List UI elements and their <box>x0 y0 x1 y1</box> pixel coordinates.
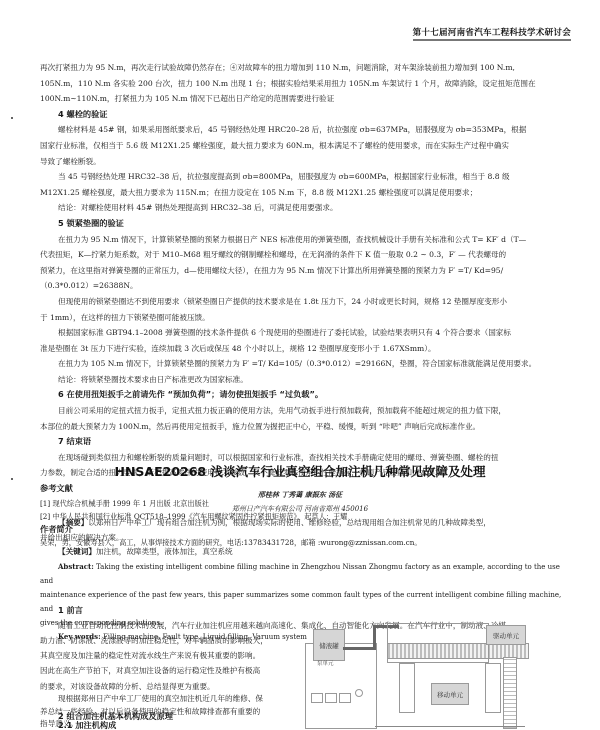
abstract-cn-line: 以郑州日产中牟工厂现有组合加注机为例，根据现场实际的使用、维修经验，总结现用组合… <box>88 518 490 527</box>
section2-sub-block: 2.1 加注机构成 <box>40 721 302 730</box>
text-line: 105N.m，110 N.m 各实验 200 台次，扭力 100 N.m 出现 … <box>40 76 572 92</box>
pump-icon <box>339 693 351 703</box>
filling-head-left <box>399 663 415 713</box>
sub-section-heading: 2.1 加注机构成 <box>40 721 302 730</box>
section-heading: 4 螺栓的验证 <box>40 107 572 123</box>
pump-label: 泵单元 <box>317 659 334 667</box>
drive-unit-label: 驱动单元 <box>493 631 519 640</box>
abstract-cn: 【摘要】以郑州日产中牟工厂现有组合加注机为例，根据现场实际的使用、维修经验，总结… <box>40 516 572 531</box>
conclusion-line: 结论：对螺栓使用材料 45# 钢热处理提高到 HRC32–38 后，可满足使用要… <box>40 200 572 216</box>
tank-box: 储液罐 <box>313 629 345 661</box>
article-affiliation: 郑州日产汽车有限公司 河南省郑州 450016 <box>0 504 600 514</box>
text-line: 现根据郑州日产中牟工厂使用的真空加注机近几年的维修、保 <box>40 693 302 706</box>
section-heading: 5 锁紧垫圈的验证 <box>40 216 572 232</box>
text-line: 的要求，对该设备故障的分析、总结显得更为重要。 <box>40 679 302 694</box>
abstract-en-line: Taking the existing intelligent combine … <box>40 563 560 585</box>
pump-icon <box>325 693 337 703</box>
floor-line <box>375 726 525 727</box>
text-line: 助力油、防冻液、洗涤液等的加注稳定性，对车辆品质的影响极大， <box>40 633 302 648</box>
document-page: 第十七届河南省汽车工程科技学术研讨会 再次打紧扭力为 95 N.m，再次走行试验… <box>0 0 600 730</box>
drive-unit-box: 驱动单元 <box>486 625 526 645</box>
text-line: 目前公司采用的定扭式扭力扳手，定扭式扭力扳正确的使用方法，先用气动扳手进行预加载… <box>40 403 572 419</box>
text-line: 导致了螺栓断裂。 <box>40 154 572 170</box>
margin-mark <box>11 117 13 119</box>
tank-label: 储液罐 <box>319 641 339 650</box>
abstract-cn-line: 并给出相应的解决方案。 <box>40 531 572 546</box>
pump-icon <box>311 693 323 703</box>
conclusion-line: 结论：将锁紧垫圈技术要求由日产标准更改为国家标准。 <box>40 372 572 388</box>
text-line: 根据国家标准 GBT94.1–2008 弹簧垫圈的技术条件提供 6 个现使用的垫… <box>40 325 572 341</box>
filling-head-right <box>485 663 501 713</box>
pipe-line <box>343 647 376 650</box>
gauge-icon <box>355 689 363 697</box>
pipe-line <box>373 625 376 650</box>
text-line: 于 1mm），在这样的扭力下锁紧垫圈可能被压馈。 <box>40 310 572 326</box>
running-header: 第十七届河南省汽车工程科技学术研讨会 <box>413 26 571 41</box>
text-line: 100N.m~110N.m，打紧扭力为 105 N.m 情况下已超出日产给定的范… <box>40 91 572 107</box>
keywords-cn: 【关键词】加注机，故障类型，液体加注，真空系统 <box>40 545 572 560</box>
article-title: HNSAE20268 浅谈汽车行业真空组合加注机几种常见故障及处理 <box>0 462 600 480</box>
keywords-cn-text: 加注机，故障类型，液体加注，真空系统 <box>96 547 233 556</box>
keywords-cn-label: 【关键词】 <box>58 547 96 556</box>
ladder <box>503 657 517 729</box>
section-heading: 1 前言 <box>40 603 572 618</box>
text-line: 螺栓材料是 45# 钢，如果采用图纸要求后，45 号钢经热处理 HRC20–28… <box>40 122 572 138</box>
abstract-en-label: Abstract: <box>58 562 94 571</box>
text-line: 在扭力为 95 N.m 情况下，计算锁紧垫圈的预紧力根据日产 NES 标准使用的… <box>40 232 572 248</box>
text-line: 当 45 号钢经热处理 HRC32–38 后，抗拉强度提高到 σb=800MPa… <box>40 169 572 185</box>
move-unit-box: 移动单元 <box>431 683 469 705</box>
text-line: 在扭力为 105 N.m 情况下，计算锁紧垫圈的预紧力为 F′ =T/ Kd=1… <box>40 356 572 372</box>
text-line: 代表扭矩，K—拧紧力矩系数，对于 M10–M68 粗牙螺纹的钢制螺栓和螺母，在无… <box>40 247 572 263</box>
filling-machine-diagram: 储液罐 泵单元 驱动单元 移动单元 <box>303 623 531 730</box>
left-column-text: 助力油、防冻液、洗涤液等的加注稳定性，对车辆品质的影响极大， 其真空度及加注量的… <box>40 633 302 694</box>
abstract-en: Abstract: Taking the existing intelligen… <box>40 560 572 588</box>
text-line: 其真空度及加注量的稳定性对流水线生产来说有极其重要的影响。 <box>40 648 302 663</box>
text-line: （0.3*0.012）=26388N。 <box>40 278 572 294</box>
text-line: 国家行业标准，仅相当于 5.6 级 M12X1.25 螺栓强度，最大扭力要求为 … <box>40 138 572 154</box>
text-line: 预紧力，在这里指对弹簧垫圈的正常压力，d—使用螺纹大径），在扭力为 95 N.m… <box>40 263 572 279</box>
section-heading: 6 在使用扭矩扳手之前请先作 “预加负荷”；请勿使扭矩扳手 “过负载”。 <box>40 387 572 403</box>
article-authors: 邢桂林 丁秀蔼 康振东 汤征 <box>0 490 600 500</box>
text-line: 再次打紧扭力为 95 N.m，再次走行试验故障仍然存在；④对故障车的扭力增加到 … <box>40 60 572 76</box>
text-line: 本部位的最大预紧力为 100N.m，然后再使用定扭扳手，施力位置为握把正中心，平… <box>40 419 572 435</box>
upper-frame <box>387 623 489 663</box>
text-line: 因此在高生产节拍下，对真空加注设备的运行稳定性及维护有极高 <box>40 663 302 678</box>
abstract-cn-label: 【摘要】 <box>58 518 88 527</box>
move-unit-label: 移动单元 <box>437 690 463 699</box>
section-heading: 7 结束语 <box>40 434 572 450</box>
text-line: 准是垫圈在 3t 压力下进行实验，连续加载 3 次后或保压 48 个小时以上，规… <box>40 341 572 357</box>
text-line: 但现使用的锁紧垫圈达不到使用要求（锁紧垫圈日产提供的技术要求是在 1.8t 压力… <box>40 294 572 310</box>
text-line: M12X1.25 螺栓强度，最大扭力要求为 115N.m；在扭力设定在 105 … <box>40 185 572 201</box>
